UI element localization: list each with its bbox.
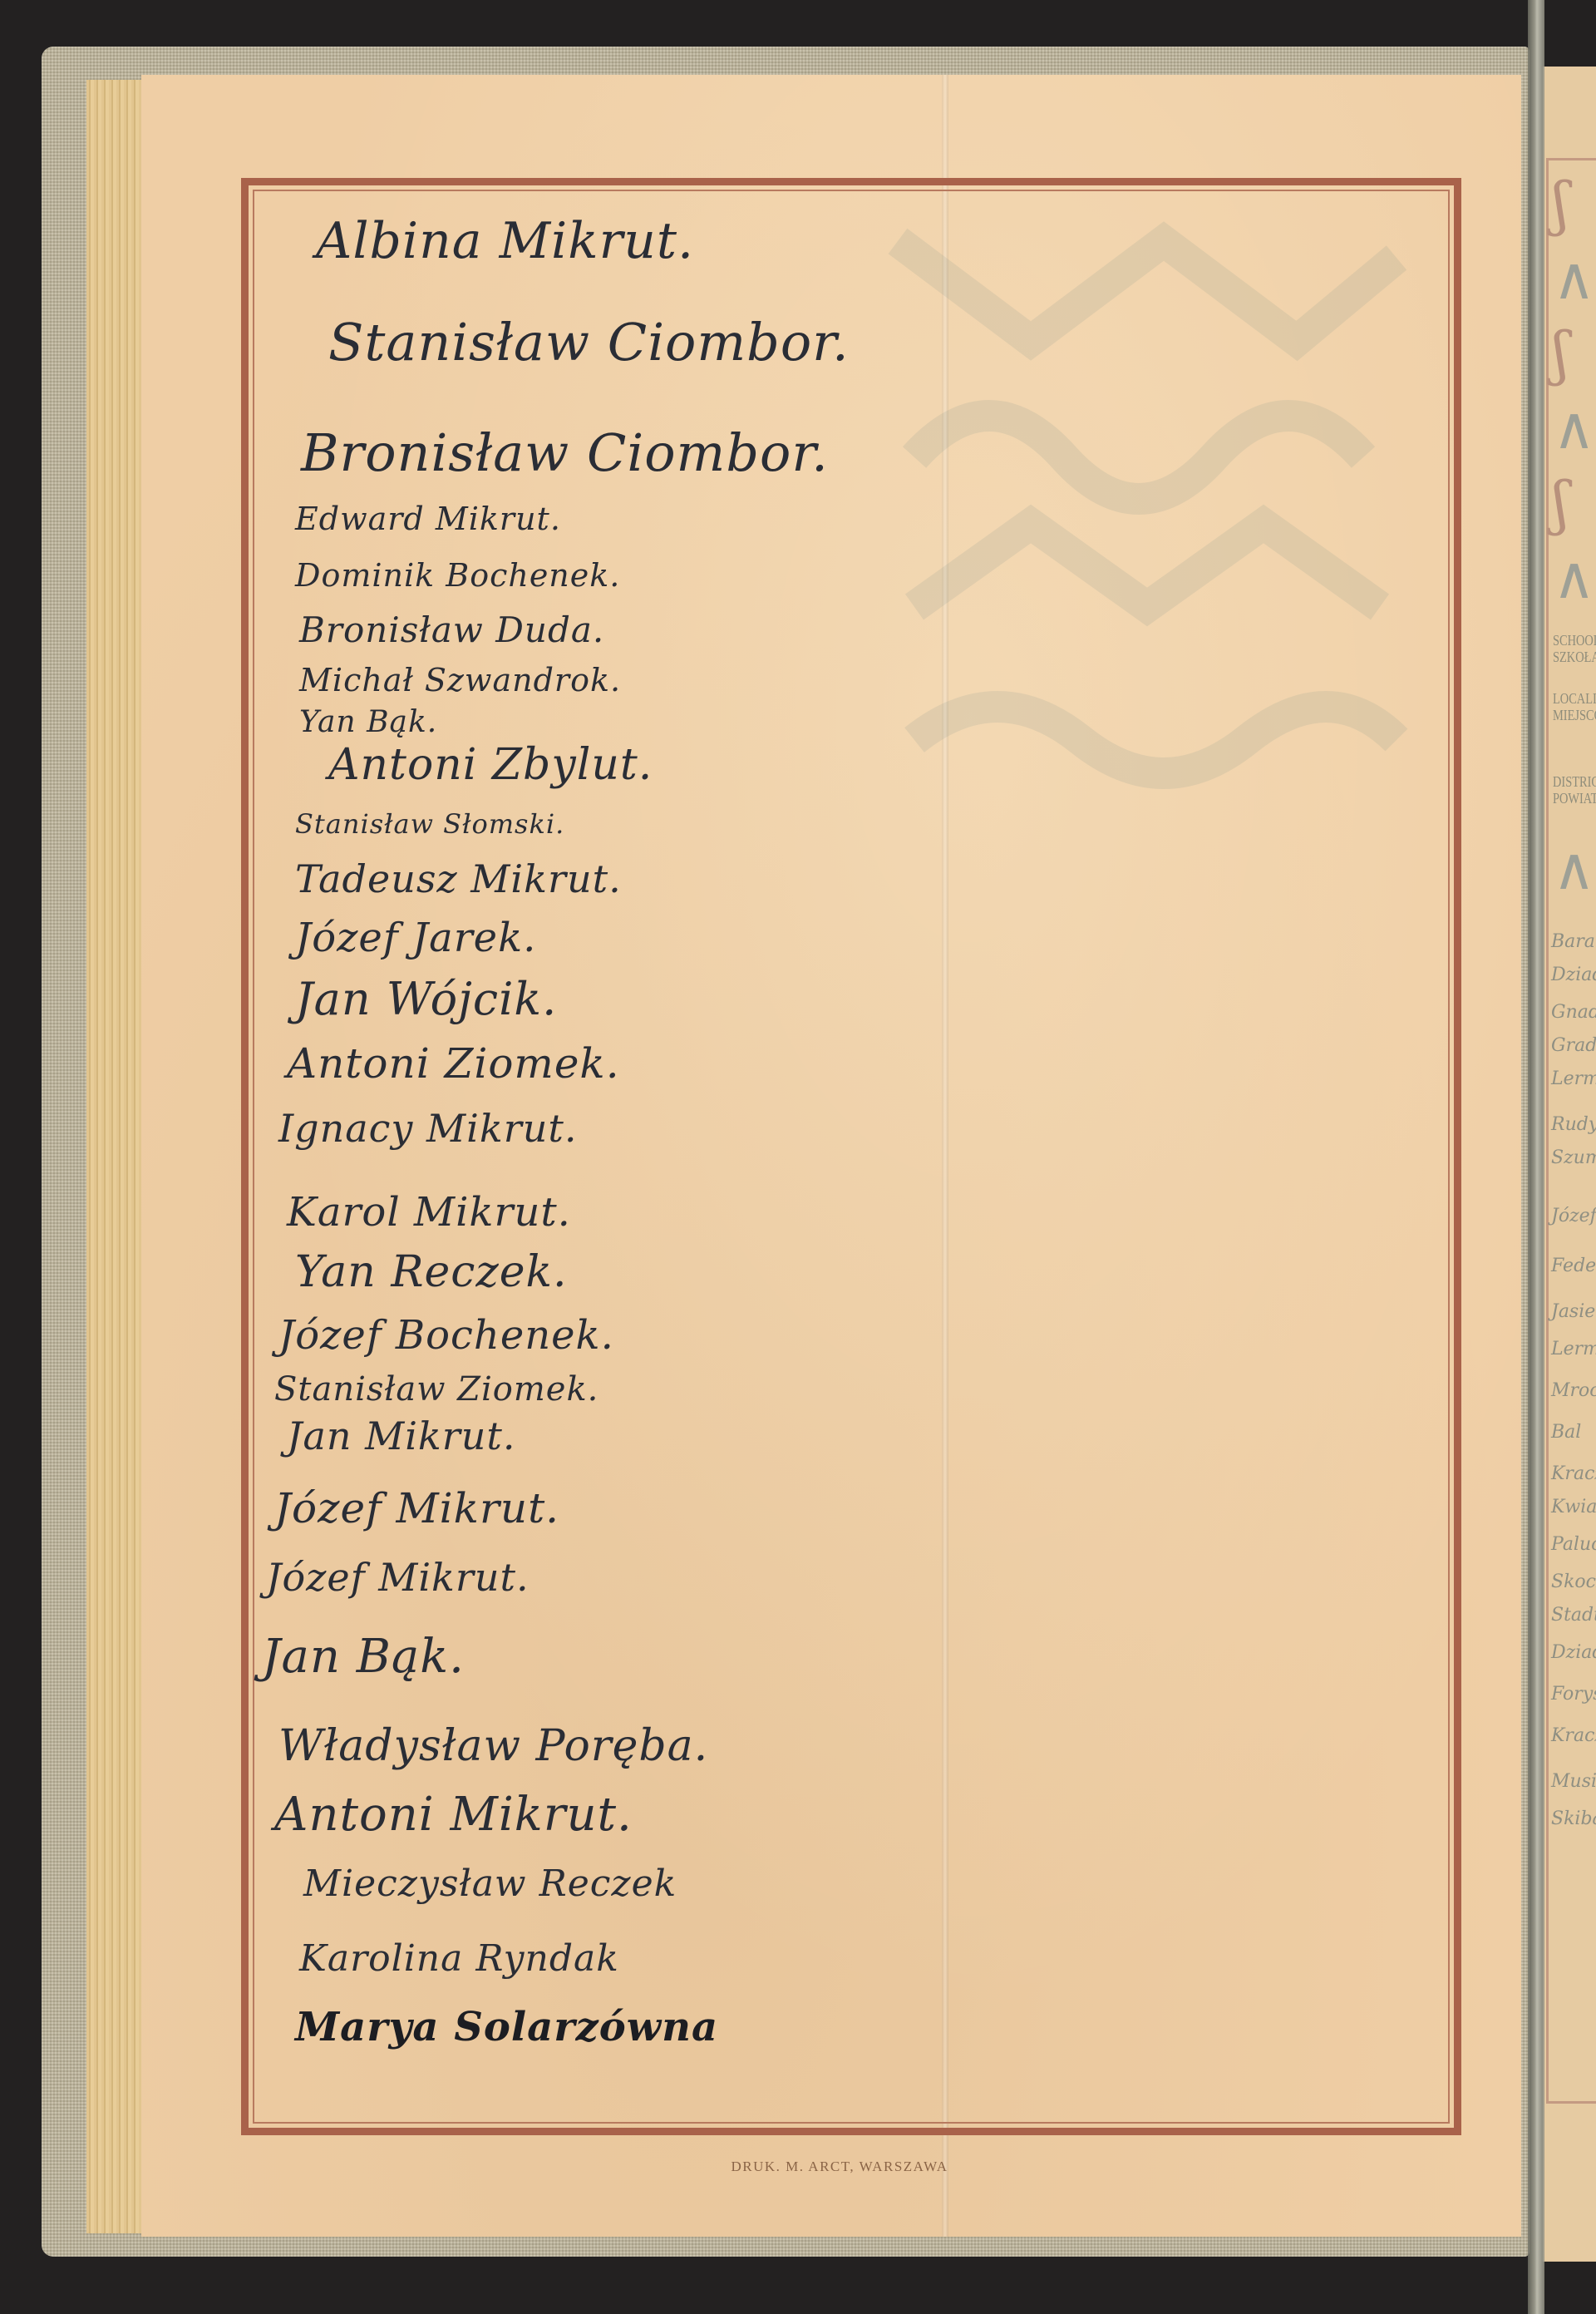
signature: Karol Mikrut. [287, 1189, 571, 1236]
ornament-glyph: ʃ [1553, 324, 1569, 382]
ornament-glyph: ∧ [1553, 399, 1595, 457]
name: Rudy [1551, 1114, 1596, 1135]
signature: Marya Solarzówna [295, 2004, 718, 2050]
name: Stadtfeld [1551, 1605, 1596, 1626]
signature: Yan Bąk. [299, 705, 437, 739]
ornament-glyph: ∧ [1553, 249, 1595, 308]
label: MIEJSCOW [1553, 707, 1596, 723]
signature: Bronisław Duda. [299, 609, 604, 650]
name: Barań [1551, 931, 1596, 952]
page-edges [86, 80, 142, 2233]
signature: Antoni Ziomek. [287, 1039, 620, 1088]
name: Dziado [1551, 965, 1596, 985]
name: Skoczyla [1551, 1571, 1596, 1592]
label: SCHOOL [1553, 632, 1596, 649]
signature: Józef Mikrut. [274, 1484, 559, 1532]
signature: Albina Mikrut. [316, 212, 694, 270]
name: Skiba [1551, 1808, 1596, 1829]
name: Paluchn [1551, 1534, 1596, 1555]
signature: Władysław Poręba. [278, 1721, 708, 1771]
signature: Józef Bochenek. [278, 1312, 614, 1359]
name: Bal [1551, 1422, 1581, 1443]
name: Kraczo [1551, 1463, 1596, 1484]
signature: Antoni Zbylut. [328, 740, 653, 790]
ornament-glyph: ʃ [1553, 175, 1569, 233]
signature: Yan Reczek. [295, 1247, 568, 1297]
signature: Józef Jarek. [295, 915, 536, 961]
signature: Józef Mikrut. [266, 1555, 530, 1600]
label: LOCALITY [1553, 690, 1596, 707]
name: Jasien [1551, 1301, 1596, 1322]
name: Dziadosz [1551, 1642, 1596, 1663]
name: Musiał [1551, 1771, 1596, 1792]
name: Lerman [1551, 1068, 1596, 1089]
signature: Antoni Mikrut. [274, 1788, 633, 1842]
signature: Michał Szwandrok. [299, 662, 621, 698]
glass-plate-edge [1528, 0, 1544, 2314]
name: Gnad W [1551, 1002, 1596, 1023]
printer-imprint: DRUK. M. ARCT, WARSZAWA [690, 2159, 989, 2175]
name: Kraczo [1551, 1725, 1596, 1746]
signature: Mieczysław Reczek [303, 1863, 677, 1905]
name: Mroczk [1551, 1380, 1596, 1401]
name: Kwiatk [1551, 1497, 1596, 1517]
label: SZKOŁA [1553, 649, 1596, 665]
name: Lerm [1551, 1339, 1596, 1359]
name: Grad J [1551, 1035, 1596, 1056]
label: POWIAT [1553, 790, 1596, 807]
signature: Edward Mikrut. [295, 501, 561, 537]
signature: Stanisław Ziomek. [274, 1370, 598, 1409]
name: Józef Fede [1551, 1206, 1596, 1226]
signature: Jan Wójcik. [295, 973, 557, 1025]
signature: Jan Bąk. [262, 1630, 465, 1684]
name: Feder [1551, 1256, 1596, 1276]
label: DISTRICT [1553, 773, 1596, 790]
signature: Stanisław Słomski. [295, 808, 564, 840]
signature: Karolina Ryndak [299, 1937, 619, 1980]
signature: Dominik Bochenek. [295, 557, 620, 594]
ornament-glyph: ∧ [1553, 549, 1595, 607]
ornament-glyph: ∧ [1553, 840, 1595, 898]
name: Szuma [1551, 1147, 1596, 1168]
signature: Ignacy Mikrut. [278, 1106, 577, 1151]
ornament-glyph: ʃ [1553, 474, 1569, 532]
name: Forystek [1551, 1684, 1596, 1705]
signature: Jan Mikrut. [287, 1414, 516, 1458]
signature: Tadeusz Mikrut. [295, 856, 622, 901]
footer: DRUK. M. ARCT, WARSZAWA [690, 0, 989, 2314]
